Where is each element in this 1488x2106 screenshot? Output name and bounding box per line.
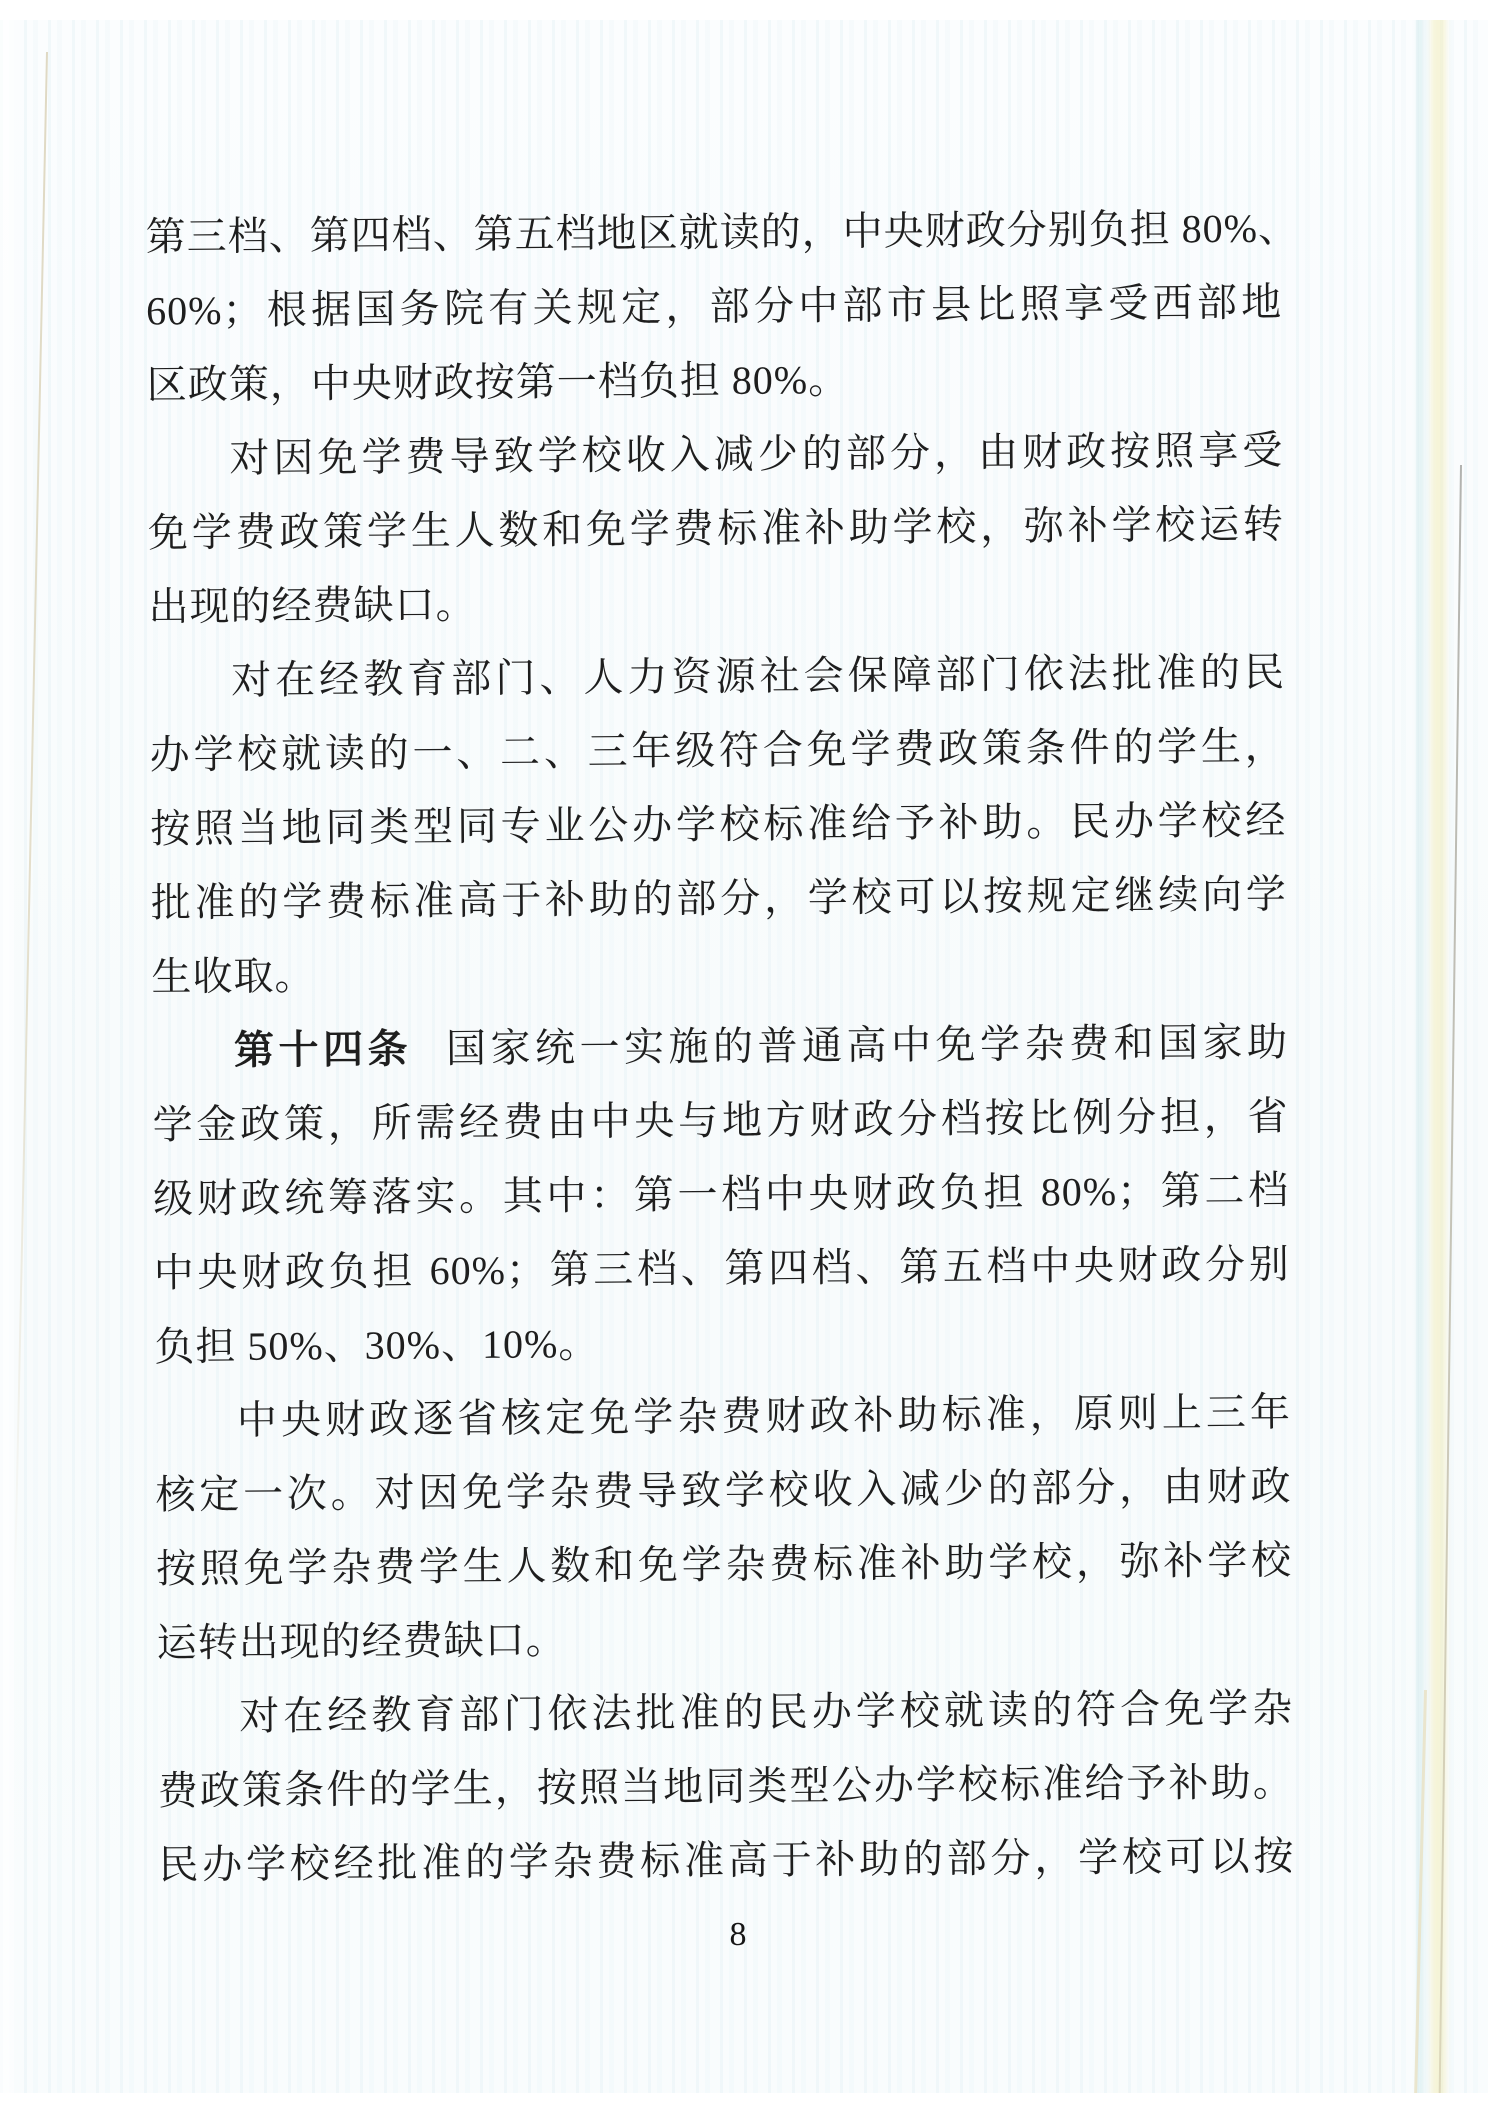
- scan-edge-left: [0, 0, 14, 2106]
- text-line: 出现的经费缺口。: [148, 562, 1285, 645]
- document-body-text: 第三档、第四档、第五档地区就读的，中央财政分别负担 80%、 60%；根据国务院…: [145, 192, 1294, 1903]
- text-line: 中央财政逐省核定免学杂费财政补助标准，原则上三年: [155, 1376, 1292, 1459]
- text-line: 对在经教育部门依法批准的民办学校就读的符合免学杂: [157, 1672, 1294, 1755]
- text-line: 负担 50%、30%、10%。: [154, 1302, 1291, 1385]
- text-line: 按照免学杂费学生人数和免学杂费标准补助学校，弥补学校: [156, 1524, 1293, 1607]
- article-line-text: 国家统一实施的普通高中免学杂费和国家助: [446, 1020, 1288, 1072]
- text-line: 费政策条件的学生，按照当地同类型公办学校标准给予补助。: [158, 1746, 1295, 1829]
- text-line: 核定一次。对因免学杂费导致学校收入减少的部分，由财政: [155, 1450, 1292, 1533]
- scan-edge-top: [0, 0, 1488, 20]
- text-line: 中央财政负担 60%；第三档、第四档、第五档中央财政分别: [153, 1228, 1290, 1311]
- article-number-label: 第十四条: [234, 1026, 412, 1072]
- text-line: 免学费政策学生人数和免学费标准补助学校，弥补学校运转: [148, 488, 1285, 571]
- scan-edge-bottom: [0, 2093, 1488, 2106]
- text-line: 区政策，中央财政按第一档负担 80%。: [146, 340, 1283, 423]
- text-line: 民办学校经批准的学杂费标准高于补助的部分，学校可以按: [158, 1820, 1295, 1903]
- text-line: 60%；根据国务院有关规定，部分中部市县比照享受西部地: [146, 266, 1283, 349]
- text-line: 运转出现的经费缺口。: [156, 1598, 1293, 1681]
- scanned-document-page: { "document": { "page_number": "8", "lin…: [0, 0, 1488, 2106]
- text-line: 学金政策，所需经费由中央与地方财政分档按比例分担，省: [152, 1080, 1289, 1163]
- text-line: 对因免学费导致学校收入减少的部分，由财政按照享受: [147, 414, 1284, 497]
- page-number: 8: [170, 1916, 1306, 1954]
- text-line: 级财政统筹落实。其中：第一档中央财政负担 80%；第二档: [153, 1154, 1290, 1237]
- text-line: 对在经教育部门、人力资源社会保障部门依法批准的民: [149, 636, 1286, 719]
- text-line: 办学校就读的一、二、三年级符合免学费政策条件的学生，: [149, 710, 1286, 793]
- text-line: 生收取。: [151, 932, 1288, 1015]
- text-line: 批准的学费标准高于补助的部分，学校可以按规定继续向学: [151, 858, 1288, 941]
- text-line-article-14: 第十四条国家统一实施的普通高中免学杂费和国家助: [152, 1006, 1289, 1089]
- text-line: 按照当地同类型同专业公办学校标准给予补助。民办学校经: [150, 784, 1287, 867]
- text-line: 第三档、第四档、第五档地区就读的，中央财政分别负担 80%、: [145, 192, 1282, 275]
